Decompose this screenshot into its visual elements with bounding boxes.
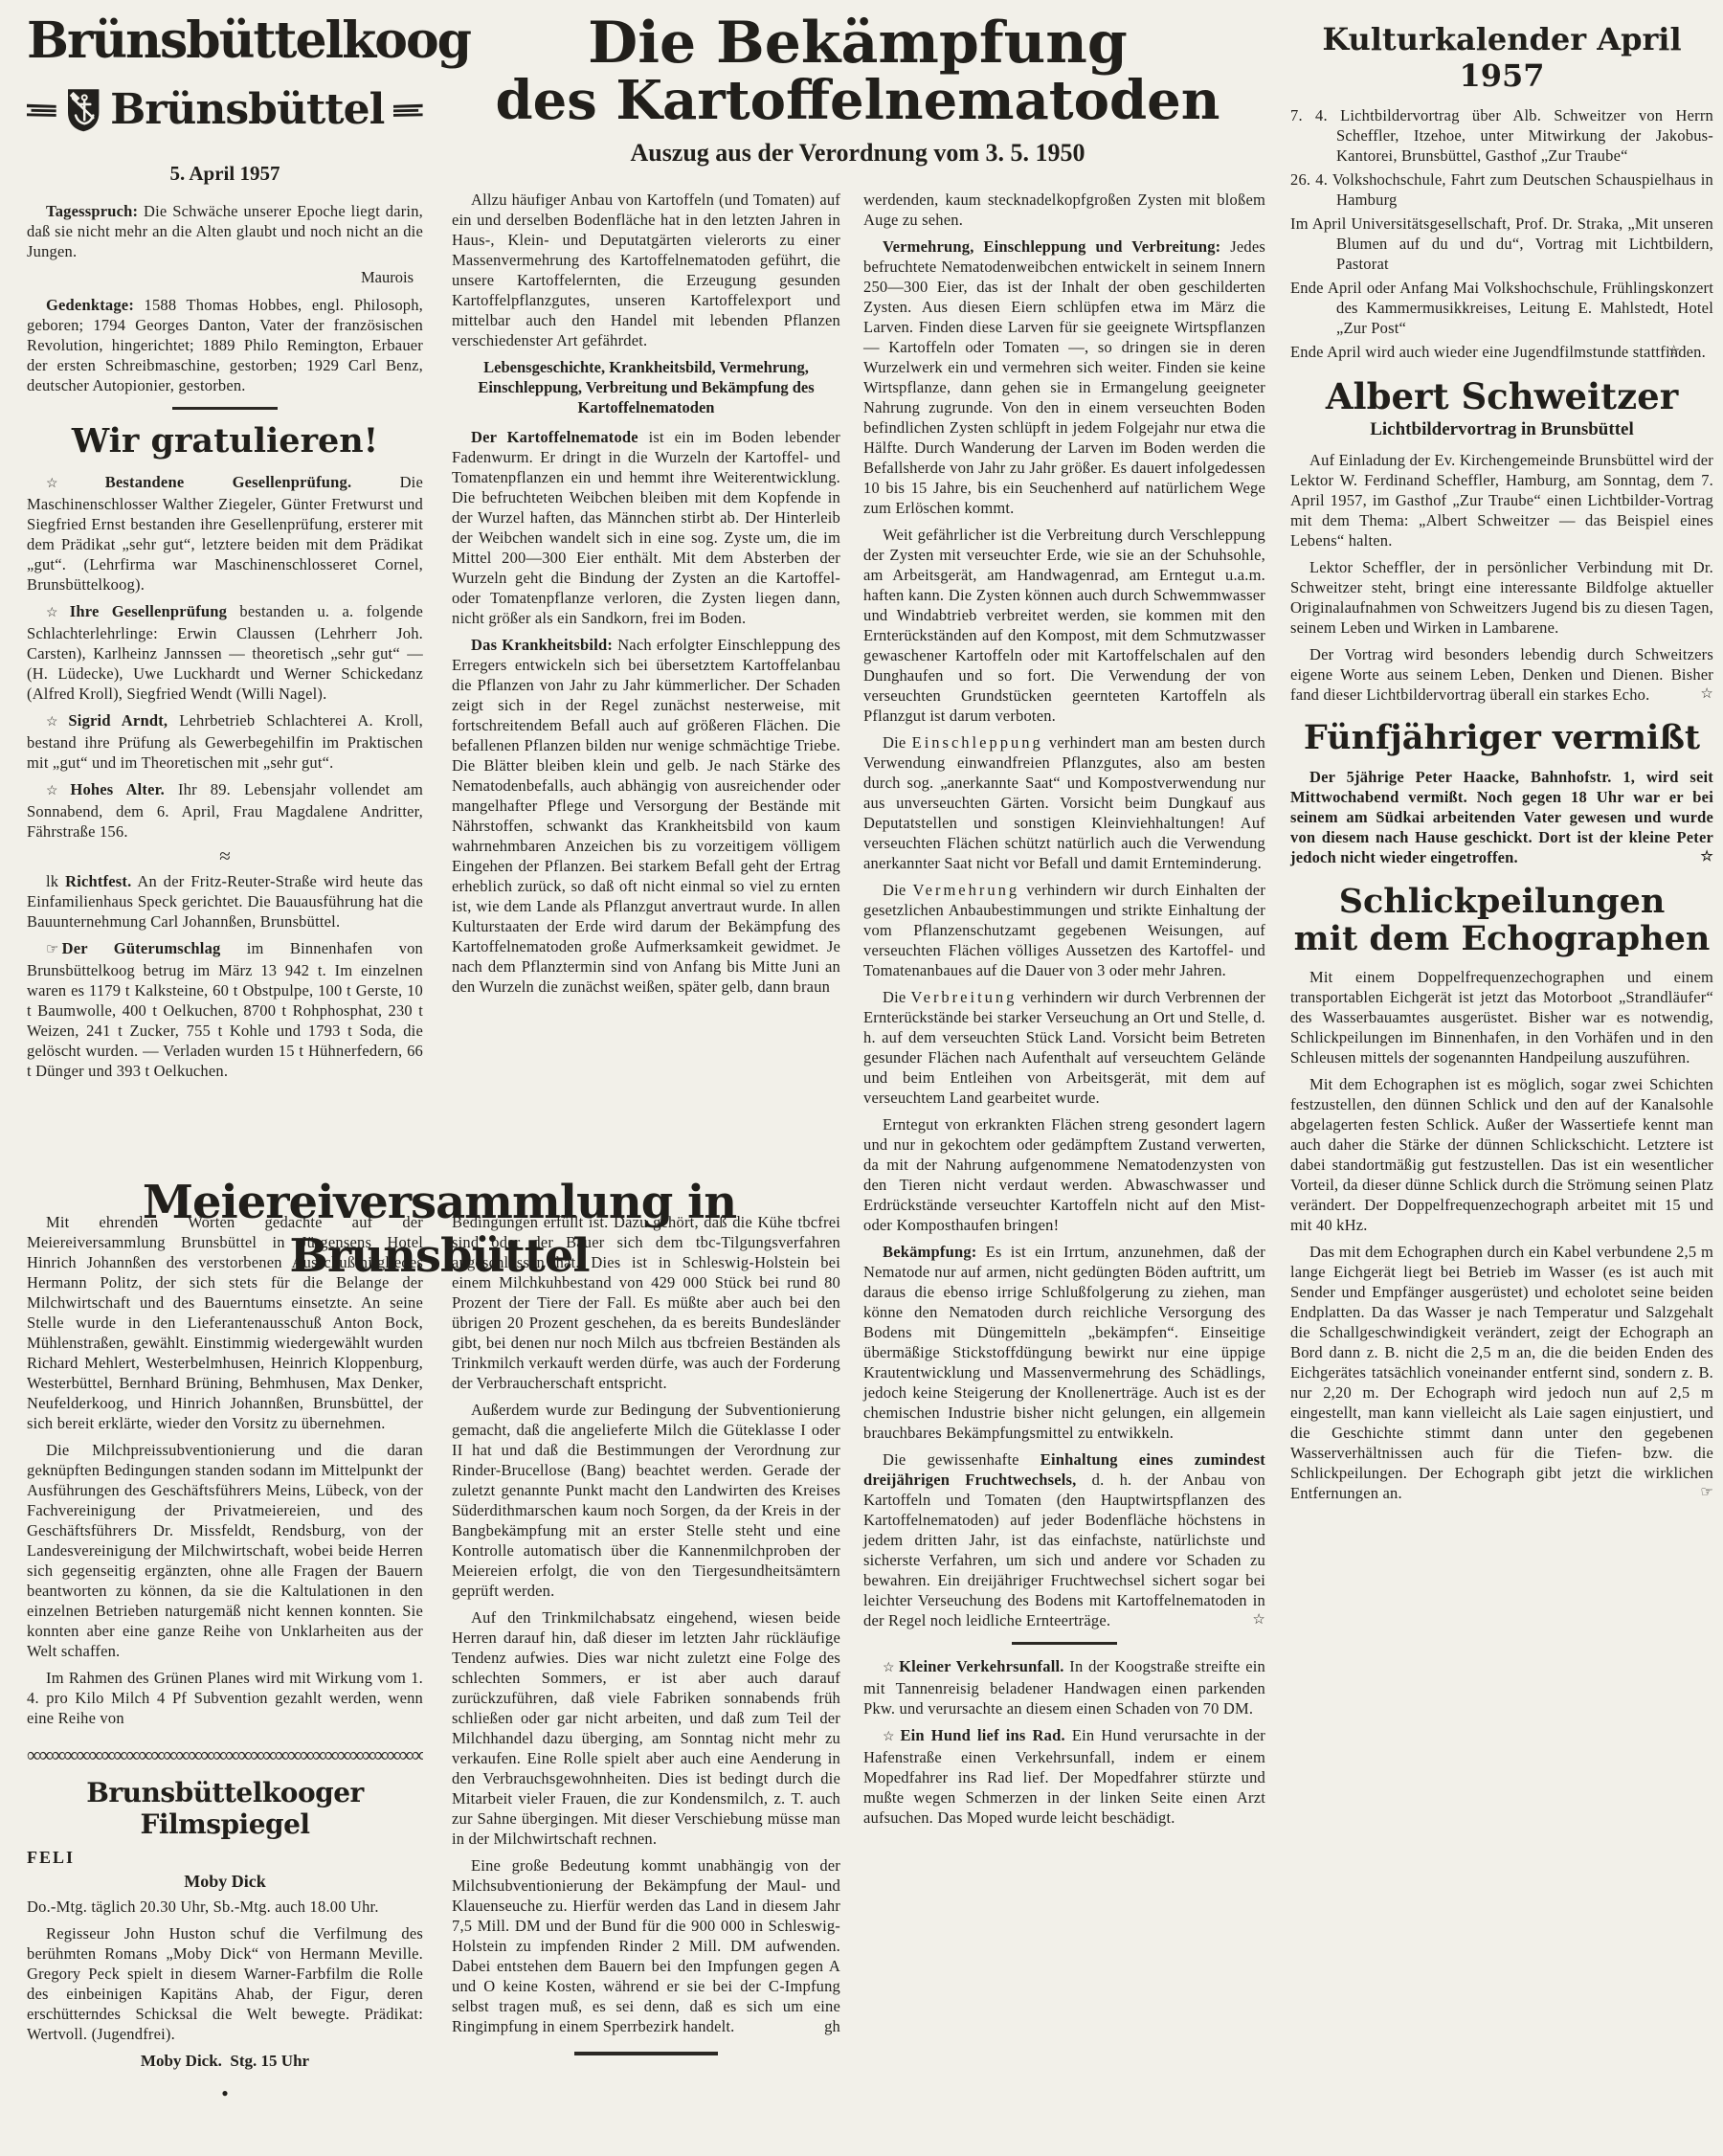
article-paragraph: Der Vortrag wird besonders lebendig durc…	[1290, 644, 1713, 705]
article-paragraph: Das mit dem Echographen durch ein Kabel …	[1290, 1242, 1713, 1503]
echograph-headline-line2: mit dem Echographen	[1294, 919, 1711, 958]
news-item-label: Richtfest.	[65, 872, 131, 890]
news-item-label: Hohes Alter.	[70, 780, 165, 798]
paragraph-keyword: Verbreitung	[911, 988, 1018, 1006]
kulturkalender-headline: Kulturkalender April 1957	[1290, 21, 1713, 94]
article-paragraph: Lektor Scheffler, der in persönlicher Ve…	[1290, 557, 1713, 638]
paragraph-pre: Die gewissenhafte	[883, 1450, 1041, 1469]
news-item: ☆Bestandene Gesellenprüfung. Die Maschin…	[27, 472, 423, 595]
squiggle-divider: ≈	[27, 848, 423, 864]
article-paragraph: Im Rahmen des Grünen Planes wird mit Wir…	[27, 1668, 423, 1728]
paragraph-lead: Bekämpfung:	[883, 1243, 976, 1261]
paragraph-text: Das mit dem Echographen durch ein Kabel …	[1290, 1243, 1713, 1502]
matinee-time: Stg. 15 Uhr	[230, 2052, 309, 2070]
paragraph-lead: Das Krankheitsbild:	[471, 636, 613, 654]
masthead-title-line2: Brünsbüttel	[110, 85, 384, 134]
article-paragraph: Mit ehrenden Worten gedachte auf der Mei…	[27, 1212, 423, 1433]
news-item-label: Ein Hund lief ins Rad.	[900, 1726, 1064, 1744]
news-item-text: im Binnenhafen von Brunsbüttelkoog betru…	[27, 939, 423, 1080]
right-column: Kulturkalender April 1957 7. 4. Lichtbil…	[1290, 21, 1713, 1510]
left-column-bottom: Mit ehrenden Worten gedachte auf der Mei…	[27, 1212, 423, 2100]
paragraph-text: Der 5jährige Peter Haacke, Bahnhofstr. 1…	[1290, 768, 1713, 866]
article-paragraph: Mit dem Echographen ist es möglich, soga…	[1290, 1074, 1713, 1235]
news-item: ☆Sigrid Arndt, Lehrbetrieb Schlachterei …	[27, 710, 423, 773]
paragraph-text: Eine große Bedeutung kommt unabhängig vo…	[452, 1856, 840, 2035]
schweitzer-headline: Albert Schweitzer	[1290, 375, 1713, 417]
article-paragraph: Der Kartoffelnematode ist ein im Boden l…	[452, 427, 840, 628]
article-end-divider	[574, 2052, 718, 2055]
section-divider	[1012, 1642, 1117, 1645]
article-paragraph: Die Vermehrung verhindern wir durch Einh…	[863, 880, 1265, 980]
article-paragraph: Die gewissenhafte Einhaltung eines zumin…	[863, 1449, 1265, 1630]
news-item-label: Der Güterumschlag	[62, 939, 221, 957]
kartoffel-headline-line2: des Kartoffelnematoden	[421, 73, 1294, 128]
film-review: Regisseur John Huston schuf die Verfilmu…	[27, 1923, 423, 2044]
calendar-item: Ende April oder Anfang Mai Volkshochschu…	[1290, 278, 1713, 338]
calendar-item: Ende April wird auch wieder eine Jugendf…	[1290, 342, 1713, 362]
paragraph-pre: Die	[883, 988, 911, 1006]
paragraph-text: Der Vortrag wird besonders lebendig durc…	[1290, 645, 1713, 704]
article-paragraph: Bedingungen erfüllt ist. Dazu gehört, da…	[452, 1212, 840, 1393]
news-item: ☆Ein Hund lief ins Rad. Ein Hund verursa…	[863, 1725, 1265, 1828]
kartoffel-subhead: Lebensgeschichte, Krankheitsbild, Vermeh…	[463, 357, 829, 417]
pointing-hand-icon: ☞	[46, 942, 62, 957]
paragraph-keyword: Einschleppung	[912, 733, 1043, 752]
tagesspruch-paragraph: Tagesspruch: Die Schwäche unserer Epoche…	[27, 201, 423, 261]
star-icon: ☆	[883, 1730, 900, 1744]
masthead-row: Brünsbüttel	[27, 70, 423, 150]
calendar-item-text: Ende April wird auch wieder eine Jugendf…	[1290, 343, 1706, 361]
star-icon: ☆	[883, 1661, 899, 1675]
flourish-right-icon	[393, 98, 423, 123]
section-divider	[172, 407, 278, 410]
issue-date: 5. April 1957	[27, 162, 423, 186]
star-icon: ☆	[1227, 1610, 1265, 1630]
paragraph-text: ist ein im Boden lebender Fadenwurm. Er …	[452, 428, 840, 627]
richtfest-item: lk Richtfest. An der Fritz-Reuter-Straße…	[27, 871, 423, 932]
article-paragraph: Vermehrung, Einschleppung und Verbreitun…	[863, 236, 1265, 518]
gedenktage-label: Gedenktage:	[46, 296, 134, 314]
vermisst-paragraph: Der 5jährige Peter Haacke, Bahnhofstr. 1…	[1290, 767, 1713, 867]
paragraph-lead: Vermehrung, Einschleppung und Verbreitun…	[883, 237, 1220, 256]
author-initials: lk	[46, 872, 58, 890]
kartoffel-headline-line1: Die Bekämpfung	[421, 13, 1294, 73]
calendar-item: 7. 4. Lichtbildervortrag über Alb. Schwe…	[1290, 105, 1713, 166]
matinee-film: Moby Dick.	[141, 2052, 222, 2070]
masthead-title-line1: Brünsbüttelkoog	[27, 15, 423, 68]
paragraph-keyword: Vermehrung	[913, 881, 1020, 899]
article-paragraph: Die Einschleppung verhindert man am best…	[863, 732, 1265, 873]
star-icon: ☆	[46, 784, 70, 798]
star-icon: ☆	[1675, 685, 1713, 705]
article-paragraph: Auf den Trinkmilchabsatz eingehend, wies…	[452, 1607, 840, 1849]
masthead: Brünsbüttelkoog Brünsbüttel	[27, 15, 423, 186]
news-item-label: Bestandene Gesellenprüfung.	[105, 473, 352, 491]
article-paragraph: Auf Einladung der Ev. Kirchengemeinde Br…	[1290, 450, 1713, 550]
author-signature: gh	[797, 2016, 840, 2036]
article-paragraph: Bekämpfung: Es ist ein Irrtum, anzunehme…	[863, 1242, 1265, 1443]
star-icon: ☆	[46, 477, 105, 491]
article-paragraph: Weit gefährlicher ist die Verbreitung du…	[863, 525, 1265, 726]
gratulieren-headline: Wir gratulieren!	[27, 421, 423, 460]
calendar-item: 26. 4. Volkshochschule, Fahrt zum Deutsc…	[1290, 169, 1713, 210]
center-column-bottom: Bedingungen erfüllt ist. Dazu gehört, da…	[452, 1212, 840, 2055]
article-paragraph: Außerdem wurde zur Bedingung der Subvent…	[452, 1400, 840, 1601]
article-paragraph: Mit einem Doppelfrequenzechographen und …	[1290, 967, 1713, 1067]
coat-of-arms-icon	[66, 70, 101, 150]
article-paragraph: Eine große Bedeutung kommt unabhängig vo…	[452, 1855, 840, 2036]
center-column-top: Allzu häufiger Anbau von Kartoffeln (und…	[452, 190, 840, 1003]
paragraph-text: verhindert man am besten durch Verwendun…	[863, 733, 1265, 872]
matinee-line: Moby Dick. Stg. 15 Uhr	[27, 2052, 423, 2071]
star-icon: ☆	[46, 606, 70, 620]
filmspiegel-headline: Brunsbüttelkooger Filmspiegel	[27, 1777, 423, 1840]
dot-ornament: ●	[27, 2086, 423, 2100]
star-icon: ☆	[1675, 847, 1713, 867]
article-paragraph: Erntegut von erkrankten Flächen streng g…	[863, 1114, 1265, 1235]
news-item: ☆Kleiner Verkehrsunfall. In der Koogstra…	[863, 1656, 1265, 1718]
gueterumschlag-item: ☞Der Güterumschlag im Binnenhafen von Br…	[27, 938, 423, 1081]
tagesspruch-author: Maurois	[27, 268, 414, 287]
star-icon: ☆	[1708, 342, 1713, 362]
kartoffel-headline-block: Die Bekämpfung des Kartoffelnematoden Au…	[421, 13, 1294, 168]
paragraph-text: d. h. der Anbau von Kartoffeln und Tomat…	[863, 1471, 1265, 1629]
article-paragraph: Die Verbreitung verhindern wir durch Ver…	[863, 987, 1265, 1108]
vermisst-headline: Fünfjähriger vermißt	[1290, 718, 1713, 757]
news-item-label: Kleiner Verkehrsunfall.	[899, 1657, 1064, 1675]
paragraph-lead: Der Kartoffelnematode	[471, 428, 638, 446]
paragraph-text: Jedes befruchtete Nematodenweibchen entw…	[863, 237, 1265, 517]
flourish-end-icon: ☞	[1675, 1483, 1713, 1503]
news-item-label: Sigrid Arndt,	[68, 711, 168, 730]
showtimes: Do.-Mtg. täglich 20.30 Uhr, Sb.-Mtg. auc…	[27, 1897, 423, 1917]
echograph-headline-line1: Schlickpeilungen	[1339, 882, 1666, 921]
gedenktage-paragraph: Gedenktage: 1588 Thomas Hobbes, engl. Ph…	[27, 295, 423, 395]
left-column-top: Brünsbüttelkoog Brünsbüttel	[27, 15, 423, 1088]
film-title: Moby Dick	[27, 1872, 423, 1892]
newspaper-page: Brünsbüttelkoog Brünsbüttel	[0, 0, 1723, 2156]
calendar-item: Im April Universitätsgesellschaft, Prof.…	[1290, 213, 1713, 274]
chain-ornament-divider: ∞∞∞∞∞∞∞∞∞∞∞∞∞∞∞∞∞∞∞∞∞∞∞∞∞∞∞∞∞∞∞∞∞∞∞∞∞∞	[27, 1743, 423, 1767]
star-icon: ☆	[46, 715, 68, 730]
article-paragraph: Allzu häufiger Anbau von Kartoffeln (und…	[452, 190, 840, 350]
cinema-name: FELI	[27, 1848, 423, 1868]
kartoffel-subtitle: Auszug aus der Verordnung vom 3. 5. 1950	[421, 139, 1294, 168]
article-paragraph: Die Milchpreissubventionierung und die d…	[27, 1440, 423, 1661]
flourish-left-icon	[27, 98, 56, 123]
news-item: ☆Ihre Gesellenprüfung bestanden u. a. fo…	[27, 601, 423, 704]
paragraph-pre: Die	[883, 881, 913, 899]
third-column: werdenden, kaum stecknadelkopfgroßen Zys…	[863, 190, 1265, 1834]
tagesspruch-label: Tagesspruch:	[46, 202, 138, 220]
news-item-label: Ihre Gesellenprüfung	[70, 602, 227, 620]
paragraph-text: Nach erfolgter Einschleppung des Erreger…	[452, 636, 840, 996]
paragraph-pre: Die	[883, 733, 912, 752]
schweitzer-subtitle: Lichtbildervortrag in Brunsbüttel	[1290, 419, 1713, 440]
article-paragraph: werdenden, kaum stecknadelkopfgroßen Zys…	[863, 190, 1265, 230]
news-item: ☆Hohes Alter. Ihr 89. Lebensjahr vollend…	[27, 779, 423, 842]
article-paragraph: Das Krankheitsbild: Nach erfolgter Einsc…	[452, 635, 840, 997]
paragraph-text: Es ist ein Irrtum, anzunehmen, daß der N…	[863, 1243, 1265, 1442]
echograph-headline: Schlickpeilungenmit dem Echographen	[1290, 883, 1713, 957]
